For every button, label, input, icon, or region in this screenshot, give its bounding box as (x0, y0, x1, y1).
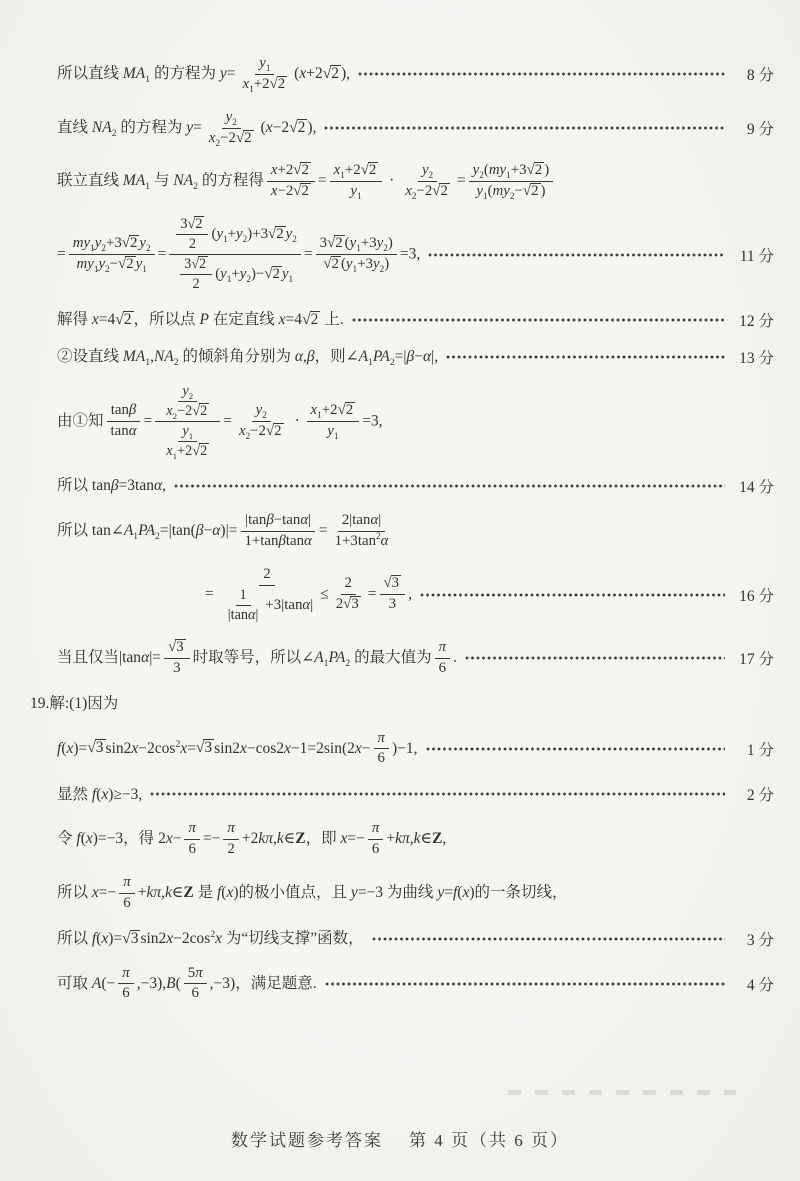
fraction: π2 (223, 820, 238, 859)
solution-line: 当且仅当|tanα|=√33时取等号，所以∠A1PA2 的最大值为π6.17 分 (30, 639, 774, 678)
formula-text: f(x)=√3sin2x−2cos2x=√3sin2x−cos2x−1=2sin… (57, 730, 418, 769)
solution-line: 所以 f(x)=√3sin2x−2cos2x 为“切线支撑”函数，3 分 (30, 928, 774, 950)
page-footer: 数学试题参考答案 第 4 页（共 6 页） (0, 1126, 800, 1151)
fraction: x+2√2x−2√2 (267, 162, 315, 201)
dotted-leader (150, 792, 725, 796)
dotted-leader (324, 126, 725, 130)
score-label: 17 分 (734, 647, 774, 669)
scanned-answer-page: 所以直线 MA1 的方程为 y=y1x1+2√2(x+2√2),8 分直线 NA… (0, 0, 800, 1181)
dotted-leader (174, 484, 725, 488)
solution-line: =my1y2+3√2y2my1y2−√2y1=3√22(y1+y2)+3√2y2… (30, 216, 774, 294)
radical: √2 (264, 266, 282, 284)
solution-line: f(x)=√3sin2x−2cos2x=√3sin2x−cos2x−1=2sin… (30, 730, 774, 769)
formula-text: 19.解:(1)因为 (30, 694, 118, 713)
footer-page-number: 第 4 页（共 6 页） (409, 1126, 569, 1151)
radical: √2 (236, 130, 254, 148)
solution-line: 令 f(x)=−3，得 2x−π6=−π2+2kπ,k∈Z，即 x=−π6+kπ… (30, 820, 774, 859)
fraction: |tanβ−tanα|1+tanβtanα (240, 512, 315, 551)
fraction: 21|tanα|+3|tanα| (217, 566, 317, 624)
fraction: x1+2√2y1 (330, 162, 383, 201)
fraction: y2x2−2√2 (205, 109, 258, 148)
footer-title: 数学试题参考答案 (231, 1126, 383, 1151)
fraction: y1x1+2√2 (162, 423, 213, 460)
fraction: y2(my1+3√2)y1(my2−√2) (469, 162, 554, 201)
score-label: 13 分 (734, 346, 774, 368)
score-label: 14 分 (734, 475, 774, 497)
radical: √2 (323, 256, 341, 274)
fraction: π6 (118, 965, 133, 1004)
radical: √2 (323, 64, 341, 83)
radical: √2 (192, 443, 209, 460)
radical: √3 (384, 575, 402, 593)
dotted-leader (358, 72, 725, 76)
radical: √2 (289, 118, 307, 137)
radical: √3 (168, 639, 186, 657)
solution-line: 所以 tan∠A1PA2=|tan(β−α)|=|tanβ−tanα|1+tan… (30, 512, 774, 551)
formula-text: 由①知tanβtanα=y2x2−2√2y1x1+2√2=y2x2−2√2 · … (57, 383, 383, 461)
solution-line: 所以 x=−π6+kπ,k∈Z 是 f(x)的极小值点，且 y=−3 为曲线 y… (30, 874, 774, 913)
fraction: 3√22(y1+y2)+3√2y23√22(y1+y2)−√2y1 (169, 216, 301, 294)
solution-line: =21|tanα|+3|tanα|≤22√3=√33,16 分 (30, 566, 774, 624)
dotted-leader (446, 355, 725, 359)
fraction: tanβtanα (107, 402, 141, 441)
radical: √2 (293, 162, 311, 180)
fraction: y2x2−2√2y1x1+2√2 (155, 383, 220, 461)
radical: √2 (192, 403, 209, 420)
radical: √2 (266, 423, 284, 441)
radical: √3 (343, 596, 361, 614)
radical: √3 (87, 738, 105, 757)
radical: √2 (187, 216, 204, 233)
formula-text: 令 f(x)=−3，得 2x−π6=−π2+2kπ,k∈Z，即 x=−π6+kπ… (57, 820, 446, 859)
fraction: π6 (435, 639, 450, 678)
fraction: 2|tanα|1+3tan2α (331, 512, 393, 551)
dotted-leader (352, 318, 725, 322)
formula-text: 联立直线 MA1 与 NA2 的方程得x+2√2x−2√2=x1+2√2y1 ·… (57, 162, 556, 201)
radical: √2 (327, 235, 345, 253)
score-label: 11 分 (734, 244, 774, 266)
score-label: 4 分 (734, 973, 774, 995)
fraction: √33 (164, 639, 190, 678)
solution-line: 可取 A(−π6,−3),B(5π6,−3)，满足题意.4 分 (30, 965, 774, 1004)
solution-line: 由①知tanβtanα=y2x2−2√2y1x1+2√2=y2x2−2√2 · … (30, 383, 774, 461)
dotted-leader (428, 253, 725, 257)
score-label: 12 分 (734, 309, 774, 331)
fraction: x1+2√2y1 (307, 402, 360, 441)
fraction: 22√3 (332, 575, 365, 614)
radical: √2 (115, 310, 133, 329)
solution-line: ②设直线 MA1,NA2 的倾斜角分别为 α,β，则∠A1PA2=|β−α|,1… (30, 346, 774, 368)
fraction: y2x2−2√2 (401, 162, 454, 201)
fraction: 1|tanα| (224, 587, 263, 624)
radical: √2 (523, 183, 541, 201)
formula-text: 当且仅当|tanα|=√33时取等号，所以∠A1PA2 的最大值为π6. (57, 639, 457, 678)
score-label: 2 分 (734, 783, 774, 805)
formula-text: 所以 x=−π6+kπ,k∈Z 是 f(x)的极小值点，且 y=−3 为曲线 y… (57, 874, 568, 913)
solution-lines: 所以直线 MA1 的方程为 y=y1x1+2√2(x+2√2),8 分直线 NA… (30, 55, 774, 1003)
formula-text: 所以 f(x)=√3sin2x−2cos2x 为“切线支撑”函数， (57, 929, 364, 948)
radical: √2 (338, 402, 356, 420)
formula-text: =my1y2+3√2y2my1y2−√2y1=3√22(y1+y2)+3√2y2… (57, 216, 420, 294)
fraction: 3√2(y1+3y2)√2(y1+3y2) (316, 235, 397, 274)
radical: √2 (122, 235, 140, 253)
solution-line: 显然 f(x)≥−3,2 分 (30, 783, 774, 805)
dotted-leader (426, 747, 725, 751)
radical: √2 (268, 226, 286, 244)
solution-line: 19.解:(1)因为 (30, 693, 774, 715)
solution-line: 联立直线 MA1 与 NA2 的方程得x+2√2x−2√2=x1+2√2y1 ·… (30, 162, 774, 201)
radical: √2 (270, 76, 288, 94)
fraction: √33 (380, 575, 406, 614)
fraction: y2x2−2√2 (162, 383, 213, 420)
fraction: y2x2−2√2 (235, 402, 288, 441)
formula-text: 直线 NA2 的方程为 y=y2x2−2√2(x−2√2), (57, 109, 316, 148)
score-label: 9 分 (734, 117, 774, 139)
radical: √3 (122, 929, 140, 948)
score-label: 1 分 (734, 738, 774, 760)
radical: √2 (191, 256, 208, 273)
radical: √2 (527, 162, 545, 180)
print-bleed-artifact (508, 1090, 736, 1095)
fraction: y1x1+2√2 (238, 55, 291, 94)
fraction: 5π6 (184, 965, 207, 1004)
score-label: 16 分 (734, 584, 774, 606)
formula-text: =21|tanα|+3|tanα|≤22√3=√33, (205, 566, 412, 624)
formula-text: 所以 tan∠A1PA2=|tan(β−α)|=|tanβ−tanα|1+tan… (57, 512, 395, 551)
score-label: 8 分 (734, 63, 774, 85)
fraction: π6 (119, 874, 134, 913)
radical: √2 (293, 183, 311, 201)
fraction: 3√22 (180, 256, 212, 293)
fraction: π6 (184, 820, 199, 859)
formula-text: 所以 tanβ=3tanα, (57, 476, 166, 495)
fraction: π6 (374, 730, 389, 769)
fraction: 3√22 (176, 216, 208, 253)
dotted-leader (465, 656, 725, 660)
radical: √2 (361, 162, 379, 180)
radical: √2 (432, 183, 450, 201)
dotted-leader (372, 937, 725, 941)
fraction: my1y2+3√2y2my1y2−√2y1 (69, 235, 155, 274)
fraction: π6 (368, 820, 383, 859)
formula-text: 所以直线 MA1 的方程为 y=y1x1+2√2(x+2√2), (57, 55, 350, 94)
radical: √2 (118, 256, 136, 274)
formula-text: 解得 x=4√2，所以点 P 在定直线 x=4√2 上. (57, 310, 344, 329)
dotted-leader (420, 593, 725, 597)
solution-line: 所以直线 MA1 的方程为 y=y1x1+2√2(x+2√2),8 分 (30, 55, 774, 94)
solution-line: 直线 NA2 的方程为 y=y2x2−2√2(x−2√2),9 分 (30, 109, 774, 148)
dotted-leader (325, 982, 725, 986)
radical: √3 (196, 738, 214, 757)
formula-text: 可取 A(−π6,−3),B(5π6,−3)，满足题意. (57, 965, 317, 1004)
radical: √2 (302, 310, 320, 329)
solution-line: 解得 x=4√2，所以点 P 在定直线 x=4√2 上.12 分 (30, 309, 774, 331)
formula-text: 显然 f(x)≥−3, (57, 785, 142, 804)
score-label: 3 分 (734, 928, 774, 950)
formula-text: ②设直线 MA1,NA2 的倾斜角分别为 α,β，则∠A1PA2=|β−α|, (57, 347, 438, 366)
solution-line: 所以 tanβ=3tanα,14 分 (30, 475, 774, 497)
